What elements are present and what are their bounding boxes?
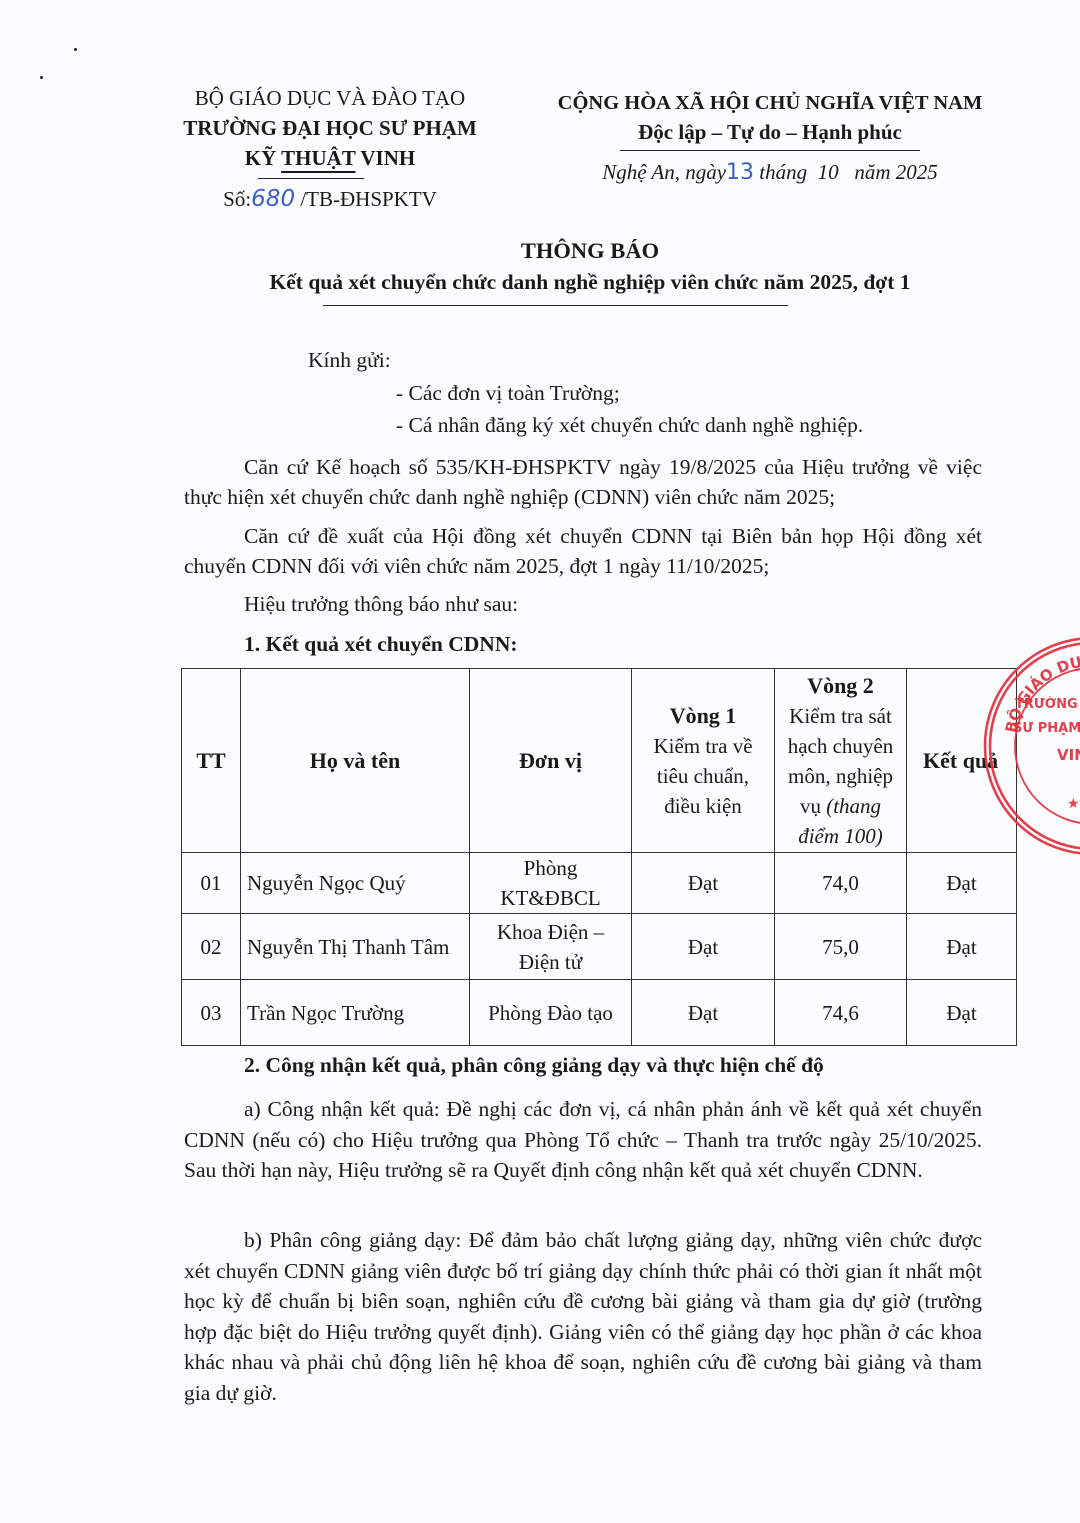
document-title: THÔNG BÁO — [150, 238, 1030, 264]
basis-paragraph: Căn cứ đề xuất của Hội đồng xét chuyển C… — [184, 521, 982, 581]
announce-line: Hiệu trưởng thông báo như sau: — [244, 589, 518, 619]
school-name-part: THUẬT — [281, 146, 355, 170]
header-name: Họ và tên — [241, 669, 470, 853]
recipient-item: - Các đơn vị toàn Trường; — [396, 378, 620, 408]
recipients-label: Kính gửi: — [308, 345, 391, 375]
ministry-name: BỘ GIÁO DỤC VÀ ĐÀO TẠO — [160, 86, 500, 111]
handwritten-number: 680 — [251, 186, 295, 212]
cell-result: Đạt — [907, 914, 1017, 980]
header-round2: Vòng 2 Kiểm tra sát hạch chuyên môn, ngh… — [775, 669, 907, 853]
cell-round1: Đạt — [632, 980, 775, 1046]
date-rest: tháng 10 năm 2025 — [754, 160, 938, 184]
date-line: Nghệ An, ngày13 tháng 10 năm 2025 — [535, 160, 1005, 185]
table-header-row: TT Họ và tên Đơn vị Vòng 1 Kiểm tra về t… — [182, 669, 1017, 853]
header-unit: Đơn vị — [470, 669, 632, 853]
round1-desc: Kiểm tra về tiêu chuẩn, điều kiện — [638, 731, 768, 821]
date-prefix: Nghệ An, ngày — [602, 160, 726, 184]
basis-paragraph: Căn cứ Kế hoạch số 535/KH-ĐHSPKTV ngày 1… — [184, 452, 982, 512]
stamp-line3: VIN — [1057, 746, 1080, 764]
section2-paragraph-a: a) Công nhận kết quả: Đề nghị các đơn vị… — [184, 1094, 982, 1186]
section2-paragraph-b: b) Phân công giảng dạy: Để đảm bảo chất … — [184, 1225, 982, 1408]
round2-desc: Kiểm tra sát hạch chuyên môn, nghiệp vụ … — [781, 701, 900, 851]
header-tt: TT — [182, 669, 241, 853]
cell-unit: Phòng Đào tạo — [470, 980, 632, 1046]
school-name-part: KỸ — [245, 146, 281, 170]
cell-round2: 75,0 — [775, 914, 907, 980]
cell-tt: 03 — [182, 980, 241, 1046]
cell-name: Trần Ngọc Trường — [241, 980, 470, 1046]
cell-tt: 02 — [182, 914, 241, 980]
scan-speck — [40, 76, 43, 79]
cell-round2: 74,6 — [775, 980, 907, 1046]
round2-title: Vòng 2 — [807, 673, 874, 698]
cell-name: Nguyễn Ngọc Quý — [241, 853, 470, 914]
cell-result: Đạt — [907, 853, 1017, 914]
cell-tt: 01 — [182, 853, 241, 914]
title-underline — [323, 305, 788, 306]
cell-name: Nguyễn Thị Thanh Tâm — [241, 914, 470, 980]
cell-round2: 74,0 — [775, 853, 907, 914]
number-suffix: /TB-ĐHSPKTV — [295, 187, 437, 211]
handwritten-day: 13 — [726, 160, 754, 185]
school-name-line1: TRƯỜNG ĐẠI HỌC SƯ PHẠM — [160, 116, 500, 141]
school-name-part: VINH — [355, 146, 415, 170]
school-underline — [258, 178, 364, 179]
cell-round1: Đạt — [632, 853, 775, 914]
number-label: Số: — [223, 187, 251, 211]
scan-speck — [74, 48, 77, 51]
header-result: Kết quả — [907, 669, 1017, 853]
school-name-line2: KỸ THUẬT VINH — [160, 146, 500, 171]
table-row: 01 Nguyễn Ngọc Quý Phòng KT&ĐBCL Đạt 74,… — [182, 853, 1017, 914]
section1-heading: 1. Kết quả xét chuyển CDNN: — [244, 629, 518, 659]
cell-unit: Phòng KT&ĐBCL — [470, 853, 632, 914]
table-row: 03 Trần Ngọc Trường Phòng Đào tạo Đạt 74… — [182, 980, 1017, 1046]
table-row: 02 Nguyễn Thị Thanh Tâm Khoa Điện – Điện… — [182, 914, 1017, 980]
header-round1: Vòng 1 Kiểm tra về tiêu chuẩn, điều kiện — [632, 669, 775, 853]
motto: Độc lập – Tự do – Hạnh phúc — [535, 120, 1005, 145]
motto-underline — [620, 150, 920, 151]
cell-round1: Đạt — [632, 914, 775, 980]
document-number: Số:680 /TB-ĐHSPKTV — [190, 186, 470, 212]
stamp-line1: TRƯỜNG Đ — [1015, 696, 1080, 712]
section2-heading: 2. Công nhận kết quả, phân công giảng dạ… — [244, 1050, 824, 1080]
recipient-item: - Cá nhân đăng ký xét chuyển chức danh n… — [396, 410, 863, 440]
cell-result: Đạt — [907, 980, 1017, 1046]
country-name: CỘNG HÒA XÃ HỘI CHỦ NGHĨA VIỆT NAM — [535, 92, 1005, 115]
round1-title: Vòng 1 — [670, 703, 737, 728]
results-table: TT Họ và tên Đơn vị Vòng 1 Kiểm tra về t… — [181, 668, 1017, 1046]
stamp-star-icon: ★ — [1067, 796, 1080, 812]
document-subtitle: Kết quả xét chuyển chức danh nghề nghiệp… — [200, 270, 980, 295]
stamp-line2: SƯ PHẠM K — [1013, 721, 1080, 736]
cell-unit: Khoa Điện – Điện tử — [470, 914, 632, 980]
